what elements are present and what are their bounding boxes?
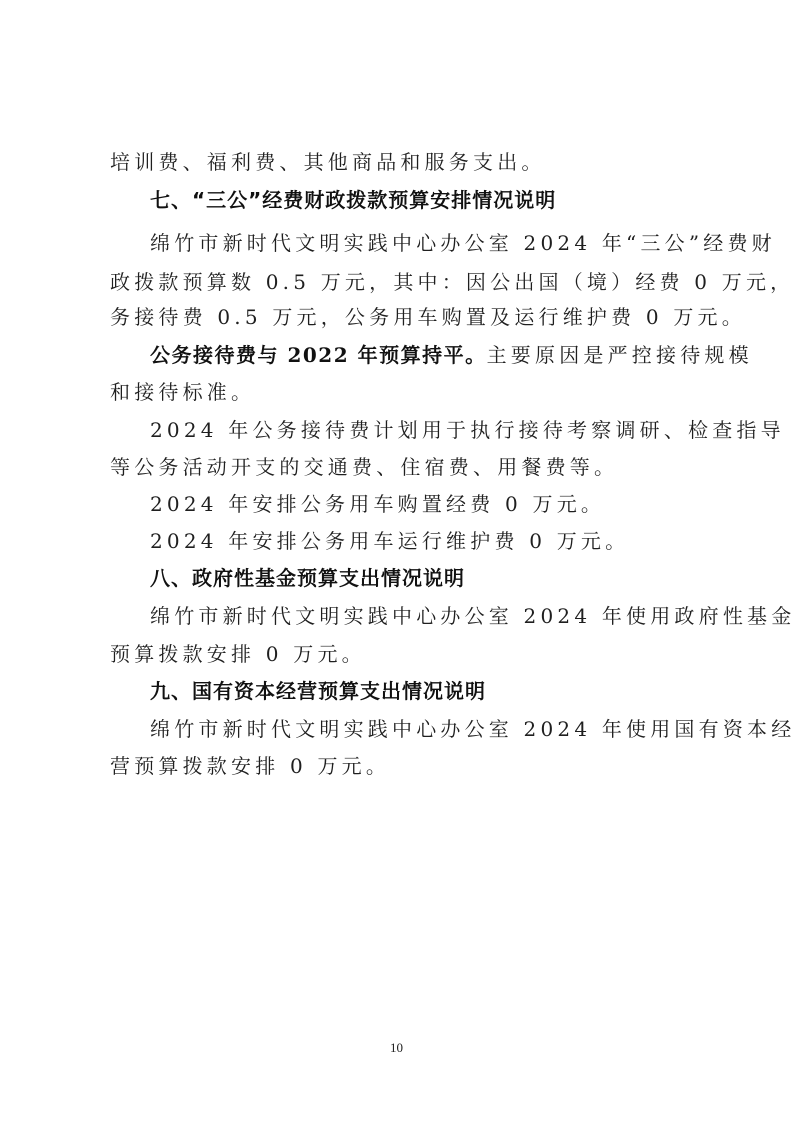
paragraph-line: 公务接待费与 2022 年预算持平。主要原因是严控接待规模	[150, 343, 700, 367]
section-heading-nine: 九、国有资本经营预算支出情况说明	[150, 679, 700, 703]
paragraph-line: 和接待标准。	[110, 380, 700, 404]
paragraph-line: 培训费、福利费、其他商品和服务支出。	[110, 150, 700, 174]
paragraph-line: 2024 年公务接待费计划用于执行接待考察调研、检查指导	[150, 418, 700, 442]
paragraph-line: 等公务活动开支的交通费、住宿费、用餐费等。	[110, 455, 700, 479]
paragraph-line: 2024 年安排公务用车运行维护费 0 万元。	[150, 529, 700, 553]
page-number: 10	[0, 1040, 793, 1056]
bold-lead-text: 公务接待费与 2022 年预算持平。	[150, 343, 487, 367]
section-heading-seven: 七、“三公”经费财政拨款预算安排情况说明	[150, 188, 700, 212]
paragraph-line: 绵竹市新时代文明实践中心办公室 2024 年“三公”经费财	[150, 231, 700, 255]
paragraph-line: 2024 年安排公务用车购置经费 0 万元。	[150, 492, 700, 516]
paragraph-line: 绵竹市新时代文明实践中心办公室 2024 年使用政府性基金	[150, 604, 700, 628]
paragraph-line: 务接待费 0.5 万元，公务用车购置及运行维护费 0 万元。	[110, 305, 700, 329]
paragraph-line: 政拨款预算数 0.5 万元，其中：因公出国（境）经费 0 万元，公	[110, 270, 700, 294]
paragraph-line: 预算拨款安排 0 万元。	[110, 642, 700, 666]
paragraph-text: 主要原因是严控接待规模	[487, 343, 753, 367]
paragraph-line: 绵竹市新时代文明实践中心办公室 2024 年使用国有资本经	[150, 717, 700, 741]
paragraph-line: 营预算拨款安排 0 万元。	[110, 754, 700, 778]
document-page: 培训费、福利费、其他商品和服务支出。 七、“三公”经费财政拨款预算安排情况说明 …	[0, 0, 793, 1122]
section-heading-eight: 八、政府性基金预算支出情况说明	[150, 566, 700, 590]
